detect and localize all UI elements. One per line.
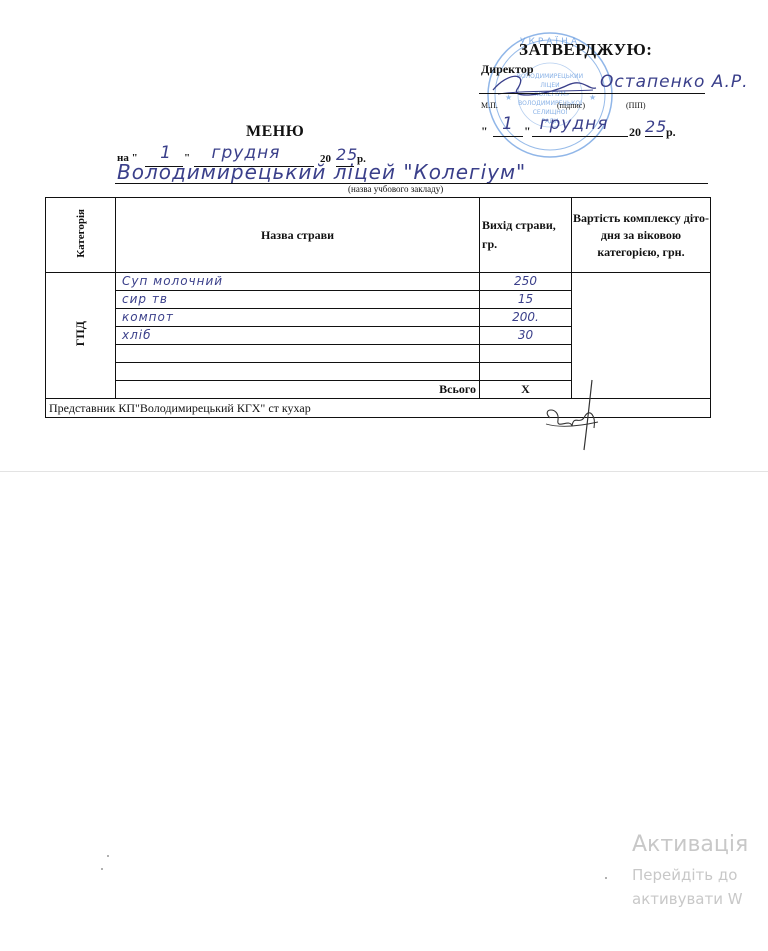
dish-name: [116, 345, 480, 363]
scan-speck: [101, 868, 103, 870]
activation-watermark-line2: активувати W: [632, 890, 743, 908]
dish-output: 250: [480, 273, 572, 291]
school-name-handwritten: Володимирецький ліцей "Колегіум": [117, 160, 707, 184]
mp-label: М.П.: [481, 101, 498, 110]
approval-day-underline: [493, 136, 523, 137]
dish-name: [116, 363, 480, 381]
signature-line: [479, 93, 705, 94]
approval-date-quote-open: ": [481, 124, 488, 139]
director-name-handwritten: Остапенко А.Р.: [600, 72, 749, 92]
header-output: Вихід страви, гр.: [480, 198, 572, 273]
dish-output: [480, 345, 572, 363]
category-cell: ГПД: [46, 273, 116, 399]
approval-day: 1: [495, 114, 521, 134]
approval-date-quote-close: ": [524, 124, 531, 139]
dish-output: 30: [480, 327, 572, 345]
pib-caption: (ПІП): [626, 101, 646, 110]
scan-speck: [605, 877, 607, 879]
header-cost: Вартість комплексу діто-дня за віковою к…: [572, 198, 711, 273]
menu-title: МЕНЮ: [246, 123, 304, 141]
dish-output: 15: [480, 291, 572, 309]
dish-output: 200.: [480, 309, 572, 327]
approval-month-underline: [532, 136, 628, 137]
table-header-row: Категорія Назва страви Вихід страви, гр.…: [46, 198, 711, 273]
approval-year-end: р.: [666, 125, 676, 140]
approval-year-underline: [645, 136, 663, 137]
dish-name: Суп молочний: [116, 273, 480, 291]
dish-name: компот: [116, 309, 480, 327]
dish-name: хліб: [116, 327, 480, 345]
total-label: Всього: [116, 381, 480, 399]
director-signature: [488, 70, 598, 100]
activation-watermark-line1: Перейдіть до: [632, 866, 737, 884]
table-row: ГПД Суп молочний 250: [46, 273, 711, 291]
approval-year-suffix: 25: [645, 117, 667, 136]
signature-caption: (підпис): [557, 101, 585, 110]
school-name-caption: (назва учбового закладу): [348, 184, 443, 194]
dish-name: сир тв: [116, 291, 480, 309]
activation-watermark-title: Активація: [632, 832, 748, 857]
header-dish-name: Назва страви: [116, 198, 480, 273]
cook-signature: [540, 378, 620, 453]
scan-speck: [107, 855, 109, 857]
approval-title: ЗАТВЕРДЖУЮ:: [519, 40, 652, 60]
approval-year-prefix: 20: [629, 125, 641, 140]
approval-month: грудня: [534, 114, 614, 134]
header-category: Категорія: [46, 198, 116, 273]
page-break-line: [0, 471, 768, 472]
